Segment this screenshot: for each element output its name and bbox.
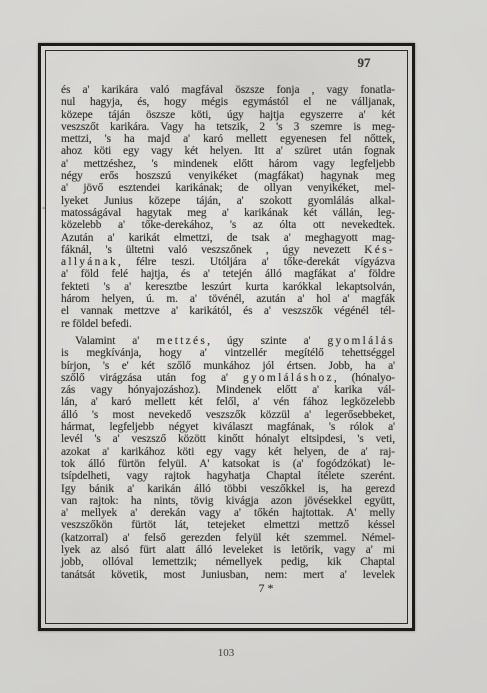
- text-line: három helyen, ú. m. a' tövénél, azután a…: [61, 293, 395, 305]
- text-line: lán, a' karó mellett két felől, a' vén f…: [61, 396, 395, 408]
- text-line: allyának, félre teszi. Utóljára a' tőke-…: [61, 256, 395, 268]
- paragraph: és a' karikára való magfával öszsze fonj…: [61, 84, 395, 330]
- text-segment: , félre teszi. Utóljára a' tőke-derekát …: [118, 256, 395, 268]
- text-segment: veszszőkön fürtöt lát, tetejeket elmettz…: [61, 519, 395, 531]
- text-segment: a' mellyek a' derekán vagy a' tőkén hajt…: [61, 507, 395, 519]
- text-segment: álló 's most nevekedő veszszők közzül a'…: [61, 409, 395, 421]
- text-line: tok álló fürtön felyül. A' katsokat is (…: [61, 458, 395, 470]
- text-segment: nul hagyja, és, hogy mégis egymástól el …: [61, 96, 395, 108]
- text-line: zás vagy hónyajozáshoz). Mindenek előtt …: [61, 384, 395, 396]
- text-segment: is megkívánja, hogy a' vintzellér megíté…: [61, 347, 395, 359]
- text-line: tsípdelheti, vagy rajtok hagyhatja Chapt…: [61, 470, 395, 482]
- text-line: matosságával hagytak meg a' karikának ké…: [61, 207, 395, 219]
- text-segment: levél 's a' veszsző között kinőtt hónaly…: [61, 433, 395, 445]
- text-line: tanátsát követik, most Juniusban, nem: m…: [61, 569, 395, 581]
- text-segment: (katzorral) a' felső gerezden felyül két…: [61, 532, 395, 544]
- text-segment: azokat a' karikához köti egy vagy két he…: [61, 446, 395, 458]
- text-segment: , úgy szinte a': [207, 335, 327, 347]
- text-line: mettzi, 's ha majd a' karó mellett egyen…: [61, 133, 395, 145]
- text-segment: tok álló fürtön felyül. A' katsokat is (…: [61, 458, 395, 470]
- text-line: bírjon, 's e' két szőlő munkához jól ért…: [61, 360, 395, 372]
- text-segment: Igy bánik a' karikán álló többi veszőkke…: [61, 483, 395, 495]
- text-line: álló 's most nevekedő veszszők közzül a'…: [61, 409, 395, 421]
- catalog-number: 103: [206, 647, 246, 659]
- text-segment: bírjon, 's e' két szőlő munkához jól ért…: [61, 360, 395, 372]
- emphasized-text: gyomlálás: [327, 335, 395, 347]
- signature-mark: 7 *: [61, 581, 395, 596]
- text-segment: ahoz köti egy vagy két helyen. Itt a' sz…: [61, 145, 395, 157]
- text-line: ahoz köti egy vagy két helyen. Itt a' sz…: [61, 145, 395, 157]
- text-line: fekteti 's a' keresztbe leszúrt kurta ka…: [61, 281, 395, 293]
- text-segment: közepe táján öszsze köti, úgy hajtja egy…: [61, 109, 395, 121]
- text-line: közelebb a' tőke-derekához, 's az ólta o…: [61, 219, 395, 231]
- text-segment: és a' karikára való magfával öszsze fonj…: [61, 84, 395, 96]
- paragraph: Valamint a' mettzés, úgy szinte a' gyoml…: [61, 335, 395, 581]
- text-line: Valamint a' mettzés, úgy szinte a' gyoml…: [61, 335, 395, 347]
- text-line: is megkívánja, hogy a' vintzellér megíté…: [61, 347, 395, 359]
- emphasized-text: mettzés: [156, 335, 207, 347]
- text-line: szőlő virágzása után fog a' gyomláláshoz…: [61, 372, 395, 384]
- text-segment: a' jövő esztendei karikának; de ollyan v…: [61, 182, 395, 194]
- text-segment: re földel befedi.: [61, 318, 132, 330]
- text-line: a' mettzéshez, 's mindenek előtt három v…: [61, 158, 395, 170]
- text-line: fáknál, 's ültetni való veszszőnek , úgy…: [61, 244, 395, 256]
- text-segment: lyek az alsó fürt alatt álló leveleket i…: [61, 544, 395, 556]
- text-line: azokat a' karikához köti egy vagy két he…: [61, 446, 395, 458]
- text-line: és a' karikára való magfával öszsze fonj…: [61, 84, 395, 96]
- text-line: levél 's a' veszsző között kinőtt hónaly…: [61, 433, 395, 445]
- body-text: és a' karikára való magfával öszsze fonj…: [61, 84, 395, 581]
- text-segment: négy erős hoszszú venyikéket (magfákat) …: [61, 170, 395, 182]
- text-line: a' mellyek a' derekán vagy a' tőkén hajt…: [61, 507, 395, 519]
- text-line: jobb, ollóval lemettzik; némellyek pedig…: [61, 556, 395, 568]
- text-segment: fáknál, 's ültetni való veszszőnek , úgy…: [61, 244, 364, 256]
- text-segment: lyeket Junius közepe táján, a' szokott g…: [61, 195, 395, 207]
- text-line: re földel befedi.: [61, 318, 395, 330]
- text-line: veszszőt karikára. Vagy ha tetszik, 2 's…: [61, 121, 395, 133]
- text-line: lyek az alsó fürt alatt álló leveleket i…: [61, 544, 395, 556]
- text-line: négy erős hoszszú venyikéket (magfákat) …: [61, 170, 395, 182]
- text-line: Azután a' karikát elmettzi, de tsak a' m…: [61, 232, 395, 244]
- text-line: a' föld felé hajtja, és a' tetején álló …: [61, 268, 395, 280]
- text-segment: fekteti 's a' keresztbe leszúrt kurta ka…: [61, 281, 395, 293]
- text-segment: hármat, legfeljebb négyet kiválaszt magf…: [61, 421, 395, 433]
- text-line: Igy bánik a' karikán álló többi veszőkke…: [61, 483, 395, 495]
- text-segment: , (hónalyo-: [334, 372, 395, 384]
- text-segment: matosságával hagytak meg a' karikának ké…: [61, 207, 395, 219]
- text-line: nul hagyja, és, hogy mégis egymástól el …: [61, 96, 395, 108]
- text-line: lyeket Junius közepe táján, a' szokott g…: [61, 195, 395, 207]
- text-segment: Valamint a': [75, 335, 156, 347]
- emphasized-text: gyomláláshoz: [243, 372, 334, 384]
- text-segment: tanátsát követik, most Juniusban, nem: m…: [61, 569, 395, 581]
- text-line: a' jövő esztendei karikának; de ollyan v…: [61, 182, 395, 194]
- page-number: 97: [346, 55, 382, 71]
- emphasized-text: Kés-: [364, 244, 395, 256]
- text-segment: zás vagy hónyajozáshoz). Mindenek előtt …: [61, 384, 395, 396]
- text-line: (katzorral) a' felső gerezden felyül két…: [61, 532, 395, 544]
- text-segment: van rajtok: ha nints, tövig kivágja azon…: [61, 495, 395, 507]
- text-segment: jobb, ollóval lemettzik; némellyek pedig…: [61, 556, 395, 568]
- text-line: közepe táján öszsze köti, úgy hajtja egy…: [61, 109, 395, 121]
- margin-mark: *: [42, 205, 46, 214]
- text-line: veszszőkön fürtöt lát, tetejeket elmettz…: [61, 519, 395, 531]
- text-segment: közelebb a' tőke-derekához, 's az ólta o…: [61, 219, 395, 231]
- text-segment: három helyen, ú. m. a' tövénél, azután a…: [61, 293, 395, 305]
- text-line: el vannak mettzve a' karikától, és a' ve…: [61, 305, 395, 317]
- text-segment: a' mettzéshez, 's mindenek előtt három v…: [61, 158, 395, 170]
- text-segment: Azután a' karikát elmettzi, de tsak a' m…: [61, 232, 395, 244]
- text-segment: el vannak mettzve a' karikától, és a' ve…: [61, 305, 395, 317]
- text-segment: lán, a' karó mellett két felől, a' vén f…: [61, 396, 395, 408]
- text-segment: tsípdelheti, vagy rajtok hagyhatja Chapt…: [61, 470, 395, 482]
- emphasized-text: allyának: [61, 256, 118, 268]
- text-segment: szőlő virágzása után fog a': [61, 372, 243, 384]
- text-segment: veszszőt karikára. Vagy ha tetszik, 2 's…: [61, 121, 395, 133]
- text-segment: a' föld felé hajtja, és a' tetején álló …: [61, 268, 395, 280]
- text-segment: mettzi, 's ha majd a' karó mellett egyen…: [61, 133, 395, 145]
- text-line: hármat, legfeljebb négyet kiválaszt magf…: [61, 421, 395, 433]
- text-line: van rajtok: ha nints, tövig kivágja azon…: [61, 495, 395, 507]
